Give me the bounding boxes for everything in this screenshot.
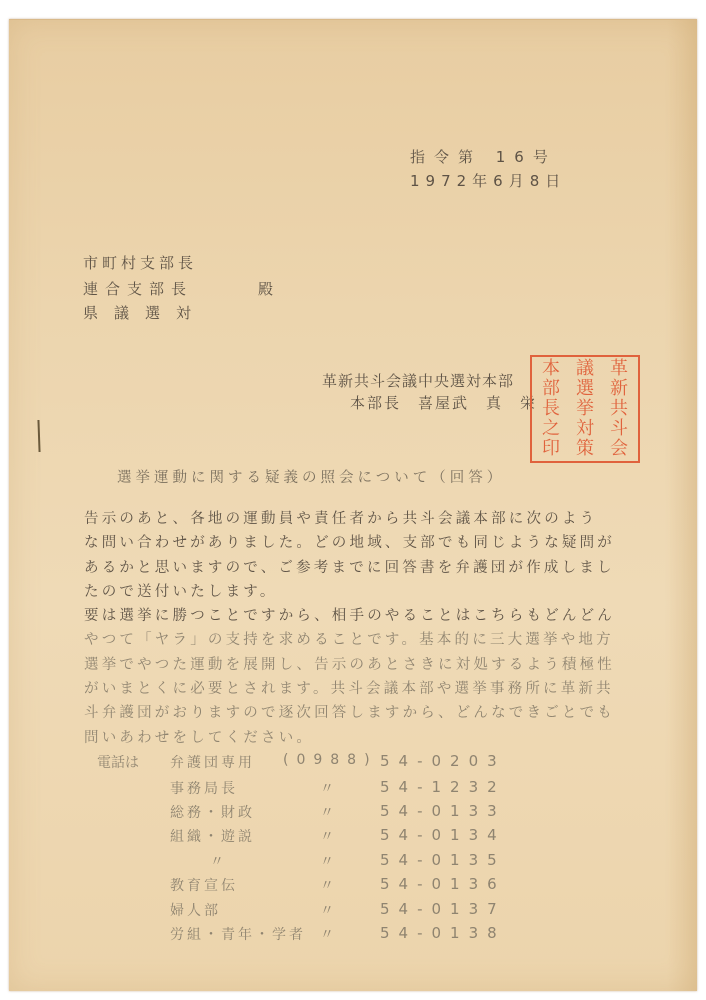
- body-line: やつて「ヤラ」の支持を求めることです。基本的に三大選挙や地方: [84, 628, 614, 649]
- seal-character: 本: [534, 360, 568, 378]
- phone-number: 54-0203: [380, 752, 506, 770]
- addressee-line: 市町村支部長: [83, 252, 197, 273]
- sender-name: 本部長 喜屋武 真 栄: [350, 392, 537, 413]
- document-title: 選挙運動に関する疑義の照会について（回答）: [117, 466, 505, 487]
- phone-number: 54-0134: [380, 826, 506, 844]
- official-seal: 革新共斗会議選挙対策本部長之印: [530, 355, 640, 463]
- body-line: がいまとくに必要とされます。共斗会議本部や選挙事務所に革新共: [84, 677, 614, 698]
- body-line: 要は選挙に勝つことですから、相手のやることはこちらもどんどん: [84, 604, 615, 625]
- seal-character: 共: [602, 400, 636, 418]
- phone-number: 54-0135: [380, 851, 506, 869]
- contact-department: 弁護団専用: [170, 752, 255, 772]
- seal-character: 革: [602, 360, 636, 378]
- phone-number: 54-0137: [380, 900, 506, 918]
- seal-character: 挙: [568, 400, 602, 418]
- ditto-mark: 〃: [320, 802, 334, 822]
- document-date: 1972年6月8日: [410, 170, 566, 191]
- document-page: [9, 19, 697, 991]
- seal-character: 議: [568, 360, 602, 378]
- seal-character: 対: [568, 420, 602, 438]
- phone-number: 54-0133: [380, 802, 506, 820]
- contact-department: 事務局長: [170, 778, 238, 798]
- ditto-mark: 〃: [320, 875, 334, 895]
- seal-character: 之: [534, 420, 568, 438]
- body-line: 告示のあと、各地の運動員や責任者から共斗会議本部に次のよう: [84, 507, 597, 528]
- seal-character: 斗: [602, 420, 636, 438]
- contact-department: 教育宣伝: [170, 875, 238, 895]
- contact-intro: 電話は: [97, 752, 139, 772]
- ditto-mark: 〃: [320, 924, 334, 944]
- ditto-mark: 〃: [320, 826, 334, 846]
- body-line: な問い合わせがありました。どの地域、支部でも同じような疑問が: [84, 531, 615, 552]
- body-line: 問いあわせをしてください。: [84, 726, 314, 747]
- order-number: 指令第 16号: [410, 146, 557, 167]
- seal-character: 会: [602, 440, 636, 458]
- seal-character: 新: [602, 380, 636, 398]
- area-code: (0988): [283, 752, 378, 768]
- ditto-mark: 〃: [320, 851, 334, 871]
- phone-number: 54-0138: [380, 924, 506, 942]
- body-line: あるかと思いますので、ご参考までに回答書を弁護団が作成しまし: [84, 556, 615, 577]
- ditto-mark: 〃: [320, 778, 334, 798]
- body-line: 選挙でやつた運動を展開し、告示のあとさきに対処するよう積極性: [84, 653, 615, 674]
- seal-character: 長: [534, 400, 568, 418]
- seal-character: 選: [568, 380, 602, 398]
- phone-number: 54-0136: [380, 875, 506, 893]
- honorific: 殿: [258, 278, 273, 299]
- contact-department: 婦人部: [170, 900, 221, 920]
- body-line: 斗弁護団がおりますので逐次回答しますから、どんなできごとでも: [84, 701, 615, 722]
- contact-department: 〃: [210, 851, 227, 871]
- addressee-line: 連合支部長: [83, 278, 193, 299]
- sender-organization: 革新共斗会議中央選対本部: [322, 370, 514, 391]
- contact-department: 総務・財政: [170, 802, 255, 822]
- contact-department: 組織・遊説: [170, 826, 255, 846]
- body-line: たので送付いたします。: [84, 580, 278, 601]
- contact-department: 労組・青年・学者: [170, 924, 306, 944]
- ditto-mark: 〃: [320, 900, 334, 920]
- seal-character: 部: [534, 380, 568, 398]
- seal-character: 印: [534, 440, 568, 458]
- addressee-line: 県議選対: [83, 302, 207, 323]
- seal-character: 策: [568, 440, 602, 458]
- phone-number: 54-1232: [380, 778, 506, 796]
